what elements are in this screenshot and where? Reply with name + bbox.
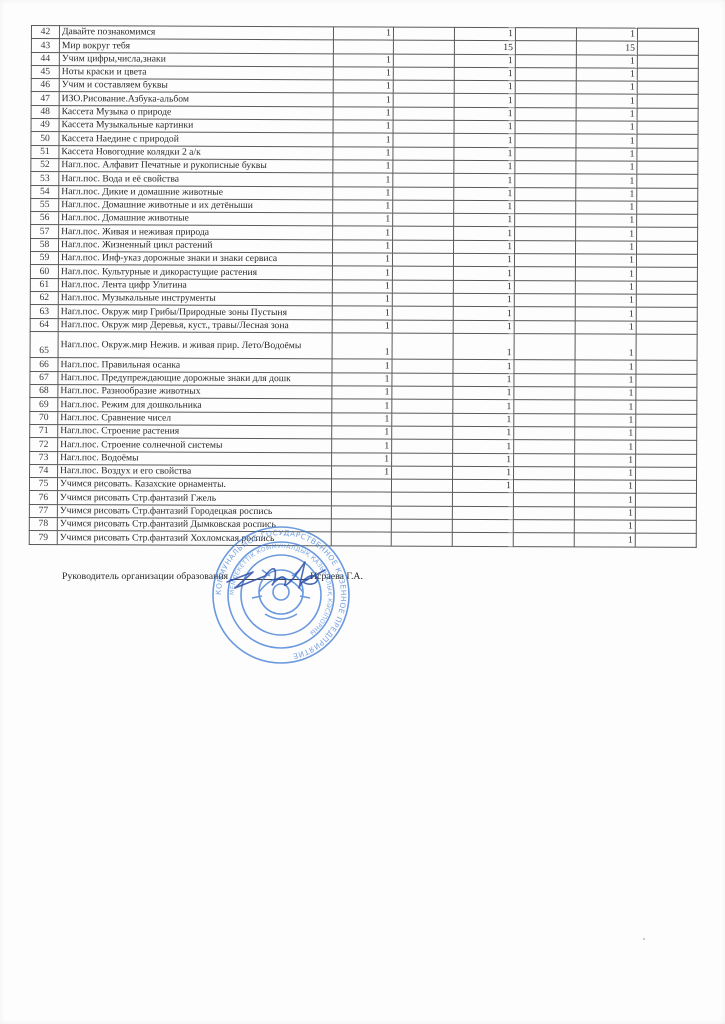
item-name: Кассета Наедине с природой: [59, 132, 333, 146]
qty-col-6: [637, 148, 698, 162]
item-name: ИЗО.Рисование.Азбука-альбом: [59, 92, 333, 106]
qty-col-3: 1: [454, 134, 515, 148]
qty-col-2: [393, 27, 454, 41]
qty-col-5: 1: [575, 320, 636, 334]
qty-col-4: [515, 187, 576, 201]
item-name: Нагл.пос. Сравнение чисел: [58, 411, 332, 425]
row-number: 47: [31, 92, 59, 105]
qty-col-2: [392, 413, 453, 427]
row-number: 79: [29, 531, 57, 544]
row-number: 61: [30, 278, 58, 291]
row-number: 46: [31, 79, 59, 92]
qty-col-5: 1: [575, 267, 636, 281]
qty-col-5: 1: [576, 174, 637, 188]
item-name: Учим и составляем буквы: [59, 79, 333, 93]
scan-speck: [643, 938, 645, 940]
row-number: 69: [30, 398, 58, 411]
qty-col-2: [393, 67, 454, 81]
qty-col-3: [452, 533, 513, 547]
qty-col-4: [514, 254, 575, 268]
row-number: 51: [31, 145, 59, 158]
qty-col-5: 1: [574, 493, 635, 507]
row-number: 73: [30, 451, 58, 464]
qty-col-5: 1: [576, 214, 637, 228]
qty-col-6: [637, 81, 698, 95]
row-number: 58: [31, 238, 59, 251]
item-name: Учимся рисовать Стр.фантазий Городецкая …: [57, 504, 331, 518]
qty-col-6: [636, 281, 697, 295]
qty-col-4: [515, 161, 576, 175]
qty-col-5: 1: [574, 507, 635, 521]
qty-col-6: [637, 121, 698, 135]
row-number: 75: [29, 478, 57, 491]
qty-col-6: [636, 467, 697, 481]
qty-col-6: [637, 214, 698, 228]
item-name: Нагл.пос. Домашние животные и их детёныш…: [59, 198, 333, 212]
qty-col-2: [393, 200, 454, 214]
qty-col-1: [331, 492, 391, 506]
qty-col-4: [514, 267, 575, 281]
qty-col-3: 1: [454, 94, 515, 108]
qty-col-6: [636, 294, 697, 308]
qty-col-2: [393, 133, 454, 147]
row-number: 44: [31, 52, 59, 65]
qty-col-2: [393, 213, 454, 227]
row-number: 64: [30, 318, 58, 331]
qty-col-4: [515, 147, 576, 161]
qty-col-6: [637, 95, 698, 109]
qty-col-2: [392, 453, 453, 467]
qty-col-2: [392, 253, 453, 267]
item-name: Ноты краски и цвета: [59, 66, 333, 80]
qty-col-5: 1: [575, 294, 636, 308]
qty-col-5: 1: [576, 28, 637, 42]
qty-col-4: [514, 400, 575, 414]
qty-col-1: 1: [333, 93, 393, 107]
row-number: 59: [30, 252, 58, 265]
item-name: Нагл.пос. Воздух и его свойства: [58, 464, 332, 478]
qty-col-3: 1: [454, 120, 515, 134]
item-name: Нагл.пос. Водоёмы: [58, 451, 332, 465]
qty-col-2: [392, 293, 453, 307]
qty-col-3: 1: [454, 227, 515, 241]
qty-col-6: [636, 321, 697, 335]
row-number: 71: [30, 424, 58, 437]
qty-col-1: 1: [333, 173, 393, 187]
item-name: Нагл.пос. Строение растения: [58, 425, 332, 439]
qty-col-6: [637, 188, 698, 202]
qty-col-5: 1: [575, 427, 636, 441]
qty-col-3: 1: [453, 386, 514, 400]
qty-col-4: [514, 427, 575, 441]
row-number: 65: [30, 331, 58, 358]
qty-col-1: 1: [333, 200, 393, 214]
row-number: 74: [30, 464, 58, 477]
qty-col-3: 1: [454, 54, 515, 68]
qty-col-4: [515, 240, 576, 254]
qty-col-4: [515, 81, 576, 95]
qty-col-4: [515, 174, 576, 188]
qty-col-1: 1: [333, 107, 393, 121]
row-number: 52: [31, 158, 59, 171]
item-name: Нагл.пос. Жизненный цикл растений: [59, 238, 333, 252]
qty-col-3: 1: [453, 466, 514, 480]
qty-col-2: [392, 280, 453, 294]
table-row: 79Учимся рисовать Стр.фантазий Хохломска…: [29, 531, 696, 547]
item-name: Нагл.пос. Культурные и дикорастущие раст…: [58, 265, 332, 279]
qty-col-5: 1: [576, 201, 637, 215]
qty-col-6: [636, 414, 697, 428]
qty-col-3: 1: [453, 333, 514, 360]
qty-col-4: [515, 121, 576, 135]
qty-col-5: 1: [576, 161, 637, 175]
qty-col-5: 1: [576, 187, 637, 201]
qty-col-3: 1: [454, 200, 515, 214]
qty-col-1: 1: [333, 186, 393, 200]
row-number: 55: [31, 198, 59, 211]
qty-col-4: [515, 107, 576, 121]
qty-col-5: 1: [575, 254, 636, 268]
qty-col-3: 1: [454, 81, 515, 95]
qty-col-5: 1: [575, 374, 636, 388]
qty-col-5: 1: [575, 387, 636, 401]
qty-col-2: [393, 227, 454, 241]
qty-col-1: 1: [332, 426, 392, 440]
qty-col-1: 1: [333, 67, 393, 81]
table-body: 42Давайте познакомимся11143Мир вокруг те…: [29, 26, 698, 547]
qty-col-4: [514, 280, 575, 294]
qty-col-3: 1: [452, 479, 513, 493]
qty-col-3: 1: [454, 187, 515, 201]
qty-col-6: [636, 427, 697, 441]
qty-col-5: 1: [575, 334, 636, 361]
qty-col-1: 1: [332, 359, 392, 373]
qty-col-4: [514, 440, 575, 454]
qty-col-2: [391, 532, 452, 546]
qty-col-4: [515, 28, 576, 42]
qty-col-4: [513, 506, 574, 520]
qty-col-1: 1: [332, 399, 392, 413]
item-name: Нагл.пос. Строение солнечной системы: [58, 438, 332, 452]
item-name: Нагл.пос. Домашние животные: [59, 212, 333, 226]
qty-col-1: 1: [332, 253, 392, 267]
qty-col-3: 1: [453, 453, 514, 467]
qty-col-5: 1: [575, 453, 636, 467]
qty-col-1: [331, 479, 391, 493]
qty-col-3: 15: [454, 41, 515, 55]
qty-col-1: 1: [333, 27, 393, 41]
signature-scribble-icon: [225, 558, 335, 598]
qty-col-3: 1: [453, 426, 514, 440]
qty-col-6: [637, 55, 698, 69]
qty-col-6: [637, 68, 698, 82]
qty-col-6: [636, 307, 697, 321]
row-number: 67: [30, 371, 58, 384]
qty-col-6: [636, 267, 697, 281]
qty-col-5: 1: [575, 467, 636, 481]
row-number: 49: [31, 119, 59, 132]
qty-col-6: [636, 387, 697, 401]
row-number: 53: [31, 172, 59, 185]
qty-col-5: 1: [574, 520, 635, 534]
qty-col-6: [635, 494, 696, 508]
qty-col-2: [392, 466, 453, 480]
qty-col-3: 1: [454, 174, 515, 188]
qty-col-2: [393, 120, 454, 134]
qty-col-4: [514, 373, 575, 387]
qty-col-5: 1: [575, 440, 636, 454]
item-name: Кассета Новогодние колядки 2 а/к: [59, 145, 333, 159]
qty-col-1: 1: [332, 439, 392, 453]
row-number: 60: [30, 265, 58, 278]
item-name: Нагл.пос. Инф-указ дорожные знаки и знак…: [58, 252, 332, 266]
qty-col-3: 1: [453, 280, 514, 294]
qty-col-5: 1: [576, 81, 637, 95]
qty-col-2: [393, 80, 454, 94]
qty-col-4: [514, 387, 575, 401]
qty-col-3: 1: [453, 373, 514, 387]
qty-col-2: [392, 439, 453, 453]
item-name: Нагл.пос. Предупреждающие дорожные знаки…: [58, 371, 332, 385]
qty-col-4: [514, 360, 575, 374]
row-number: 70: [30, 411, 58, 424]
qty-col-1: 1: [332, 412, 392, 426]
qty-col-6: [636, 334, 697, 361]
qty-col-3: 1: [454, 147, 515, 161]
qty-col-2: [392, 320, 453, 334]
qty-col-3: 1: [453, 413, 514, 427]
qty-col-6: [635, 520, 696, 534]
qty-col-3: 1: [453, 253, 514, 267]
qty-col-1: [333, 40, 393, 54]
item-name: Нагл.пос. Окруж мир Грибы/Природные зоны…: [58, 305, 332, 319]
item-name: Нагл.пос. Живая и неживая природа: [59, 225, 333, 239]
qty-col-6: [637, 228, 698, 242]
qty-col-2: [393, 147, 454, 161]
qty-col-4: [515, 94, 576, 108]
qty-col-4: [515, 200, 576, 214]
qty-col-3: [452, 519, 513, 533]
row-number: 66: [30, 358, 58, 371]
qty-col-6: [637, 161, 698, 175]
qty-col-2: [392, 399, 453, 413]
qty-col-1: [331, 506, 391, 520]
qty-col-5: 1: [576, 94, 637, 108]
qty-col-1: 1: [333, 120, 393, 134]
qty-col-1: 1: [333, 213, 393, 227]
qty-col-4: [515, 227, 576, 241]
row-number: 43: [31, 39, 59, 52]
qty-col-4: [514, 320, 575, 334]
qty-col-3: 1: [453, 360, 514, 374]
qty-col-2: [393, 160, 454, 174]
qty-col-2: [393, 40, 454, 54]
qty-col-5: 1: [575, 360, 636, 374]
qty-col-2: [393, 240, 454, 254]
row-number: 72: [30, 438, 58, 451]
qty-col-6: [635, 480, 696, 494]
row-number: 56: [31, 212, 59, 225]
item-name: Нагл.пос. Вода и её свойства: [59, 172, 333, 186]
qty-col-1: 1: [333, 240, 393, 254]
qty-col-1: 1: [332, 386, 392, 400]
qty-col-1: 1: [332, 452, 392, 466]
qty-col-1: 1: [332, 266, 392, 280]
item-name: Нагл.пос. Дикие и домашние животные: [59, 185, 333, 199]
qty-col-3: 1: [454, 160, 515, 174]
qty-col-3: [452, 493, 513, 507]
qty-col-2: [392, 266, 453, 280]
qty-col-6: [636, 400, 697, 414]
qty-col-4: [515, 54, 576, 68]
qty-col-6: [635, 507, 696, 521]
item-name: Нагл.пос. Музыкальные инструменты: [58, 292, 332, 306]
qty-col-3: 1: [453, 440, 514, 454]
row-number: 78: [29, 517, 57, 530]
item-name: Мир вокруг тебя: [59, 39, 333, 53]
item-name: Кассета Музыкальные картинки: [59, 119, 333, 133]
qty-col-6: [635, 533, 696, 547]
qty-col-2: [391, 519, 452, 533]
qty-col-2: [393, 173, 454, 187]
row-number: 63: [30, 305, 58, 318]
qty-col-1: 1: [332, 319, 392, 333]
qty-col-2: [392, 373, 453, 387]
table-row: 65Нагл.пос. Окруж.мир Нежив. и живая при…: [30, 331, 697, 361]
row-number: 76: [29, 491, 57, 504]
qty-col-3: 1: [454, 67, 515, 81]
qty-col-2: [391, 492, 452, 506]
qty-col-2: [392, 426, 453, 440]
row-number: 45: [31, 65, 59, 78]
qty-col-3: 1: [453, 307, 514, 321]
qty-col-4: [514, 333, 575, 360]
qty-col-3: 1: [453, 293, 514, 307]
row-number: 57: [31, 225, 59, 238]
qty-col-5: 1: [574, 533, 635, 547]
qty-col-6: [637, 28, 698, 42]
qty-col-2: [392, 306, 453, 320]
qty-col-5: 1: [576, 241, 637, 255]
qty-col-5: 1: [575, 400, 636, 414]
qty-col-6: [637, 201, 698, 215]
qty-col-1: 1: [332, 373, 392, 387]
qty-col-2: [391, 479, 452, 493]
qty-col-6: [636, 454, 697, 468]
qty-col-4: [513, 533, 574, 547]
item-name: Нагл.пос. Алфавит Печатные и рукописные …: [59, 159, 333, 173]
qty-col-3: 1: [453, 400, 514, 414]
row-number: 54: [31, 185, 59, 198]
qty-col-3: 1: [454, 107, 515, 121]
qty-col-4: [513, 520, 574, 534]
qty-col-4: [514, 413, 575, 427]
row-number: 77: [29, 504, 57, 517]
qty-col-2: [393, 54, 454, 68]
qty-col-1: 1: [332, 306, 392, 320]
qty-col-1: 1: [333, 226, 393, 240]
qty-col-4: [515, 134, 576, 148]
qty-col-6: [636, 440, 697, 454]
item-name: Кассета Музыка о природе: [59, 105, 333, 119]
qty-col-4: [514, 453, 575, 467]
qty-col-6: [636, 374, 697, 388]
qty-col-6: [637, 241, 698, 255]
qty-col-5: 1: [576, 227, 637, 241]
qty-col-6: [637, 41, 698, 55]
item-name: Нагл.пос. Разнообразие животных: [58, 385, 332, 399]
qty-col-4: [513, 493, 574, 507]
qty-col-1: 1: [333, 133, 393, 147]
qty-col-3: 1: [453, 320, 514, 334]
qty-col-3: 1: [453, 267, 514, 281]
qty-col-1: 1: [333, 160, 393, 174]
qty-col-3: 1: [454, 27, 515, 41]
qty-col-4: [513, 480, 574, 494]
item-name: Нагл.пос. Окруж.мир Нежив. и живая прир.…: [58, 331, 332, 359]
qty-col-1: 1: [333, 53, 393, 67]
qty-col-1: 1: [332, 279, 392, 293]
row-number: 50: [31, 132, 59, 145]
qty-col-4: [514, 294, 575, 308]
item-name: Учим цифры,числа,знаки: [59, 52, 333, 66]
qty-col-6: [637, 108, 698, 122]
qty-col-5: 1: [575, 307, 636, 321]
item-name: Учимся рисовать Стр.фантазий Гжель: [57, 491, 331, 505]
qty-col-2: [392, 386, 453, 400]
qty-col-2: [392, 360, 453, 374]
qty-col-2: [393, 94, 454, 108]
qty-col-5: 1: [575, 413, 636, 427]
qty-col-5: 1: [576, 134, 637, 148]
qty-col-4: [514, 466, 575, 480]
item-name: Давайте познакомимся: [59, 26, 333, 40]
qty-col-4: [515, 214, 576, 228]
row-number: 48: [31, 105, 59, 118]
qty-col-1: 1: [332, 466, 392, 480]
qty-col-2: [393, 187, 454, 201]
item-name: Нагл.пос. Режим для дошкольника: [58, 398, 332, 412]
qty-col-3: 1: [454, 214, 515, 228]
item-name: Учимся рисовать. Казахские орнаменты.: [57, 478, 331, 492]
qty-col-2: [393, 107, 454, 121]
qty-col-4: [514, 307, 575, 321]
item-name: Нагл.пос. Лента цифр Улитина: [58, 278, 332, 292]
qty-col-6: [637, 135, 698, 149]
qty-col-4: [515, 68, 576, 82]
row-number: 42: [31, 26, 59, 39]
item-name: Нагл.пос. Окруж мир Деревья, куст., трав…: [58, 318, 332, 332]
qty-col-3: [452, 506, 513, 520]
qty-col-6: [637, 174, 698, 188]
qty-col-1: 1: [332, 333, 392, 360]
row-number: 68: [30, 385, 58, 398]
qty-col-1: 1: [333, 146, 393, 160]
qty-col-4: [515, 41, 576, 55]
qty-col-5: 1: [574, 480, 635, 494]
qty-col-2: [392, 333, 453, 360]
qty-col-1: 1: [332, 293, 392, 307]
qty-col-5: 1: [575, 281, 636, 295]
qty-col-2: [391, 506, 452, 520]
qty-col-3: 1: [454, 240, 515, 254]
qty-col-1: 1: [333, 80, 393, 94]
qty-col-5: 1: [576, 68, 637, 82]
row-number: 62: [30, 291, 58, 304]
qty-col-6: [636, 361, 697, 375]
qty-col-5: 1: [576, 54, 637, 68]
qty-col-5: 1: [576, 121, 637, 135]
